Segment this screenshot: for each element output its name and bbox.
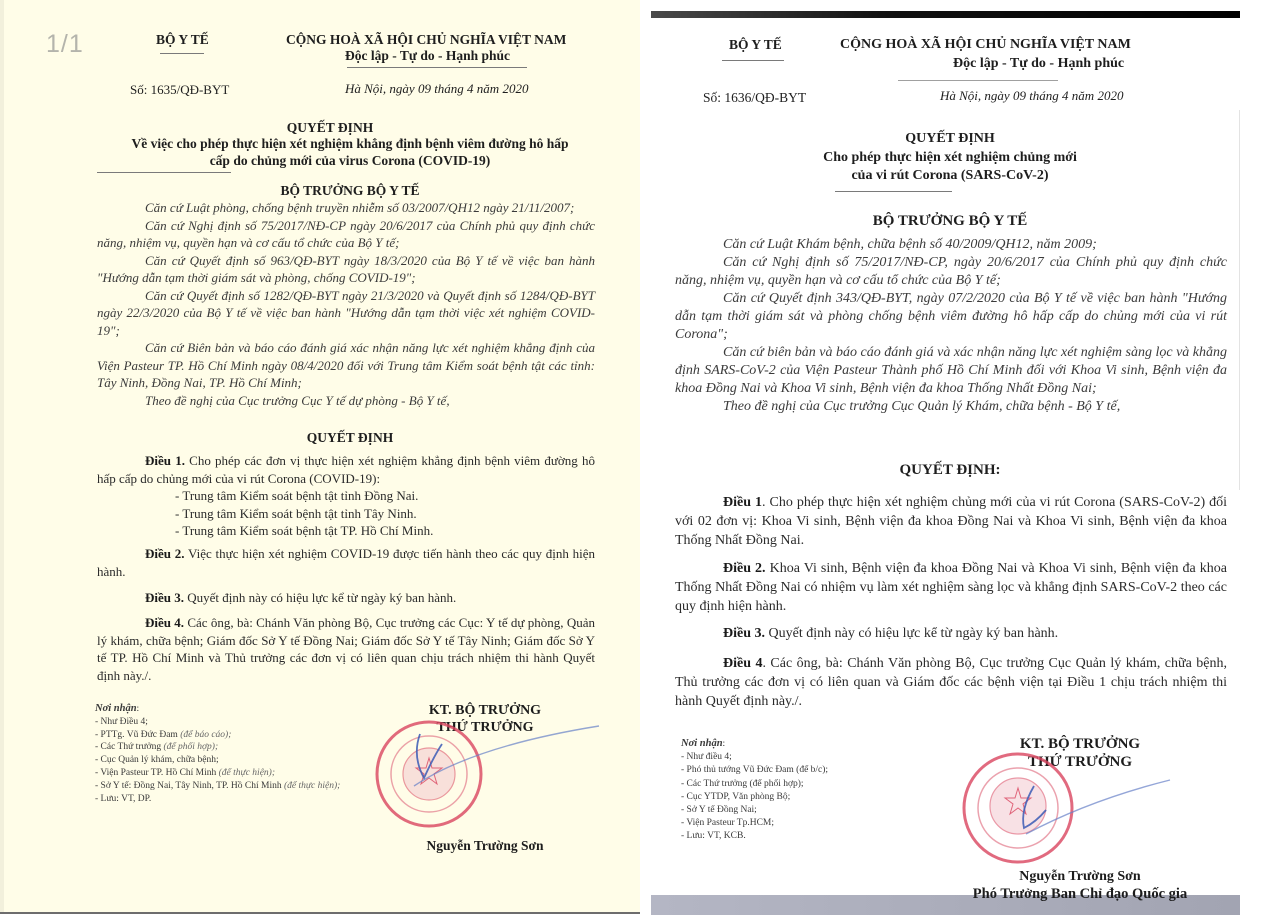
article-text: Quyết định này có hiệu lực kể từ ngày ký… bbox=[765, 626, 1058, 641]
article-label: Điều 4 bbox=[723, 656, 762, 671]
article-3: Điều 3. Quyết định này có hiệu lực kể từ… bbox=[675, 624, 1227, 643]
place-date: Hà Nội, ngày 09 tháng 4 năm 2020 bbox=[940, 88, 1123, 104]
document-type: QUYẾT ĐỊNH bbox=[680, 131, 1220, 147]
recipients-title: Nơi nhận bbox=[681, 738, 723, 749]
signer-name: Nguyễn Trường Sơn bbox=[1000, 869, 1160, 885]
article-label: Điều 3. bbox=[723, 626, 765, 641]
article-text: Quyết định này có hiệu lực kể từ ngày ký… bbox=[184, 590, 456, 605]
page-indicator: 1/1 bbox=[46, 30, 84, 59]
recipient-item: - Phó thủ tướng Vũ Đức Đam (để b/c); bbox=[681, 764, 941, 777]
recipients-list: Nơi nhận: - Như điều 4; - Phó thủ tướng … bbox=[681, 737, 941, 844]
document-number: Số: 1636/QĐ-BYT bbox=[703, 90, 806, 106]
legal-bases: Căn cứ Luật Khám bệnh, chữa bệnh số 40/2… bbox=[675, 236, 1227, 416]
article-label: Điều 4. bbox=[145, 615, 184, 630]
document-subject-line2: cấp do chủng mới của virus Corona (COVID… bbox=[90, 153, 610, 169]
recipient-item: - Sở Y tế: Đồng Nai, Tây Ninh, TP. Hồ Ch… bbox=[95, 780, 365, 793]
article-1: Điều 1. Cho phép thực hiện xét nghiệm ch… bbox=[675, 493, 1227, 550]
nation-title: CỘNG HOÀ XÃ HỘI CHỦ NGHĨA VIỆT NAM bbox=[286, 32, 566, 48]
article-label: Điều 2. bbox=[145, 546, 185, 561]
article-label: Điều 1. bbox=[145, 453, 185, 468]
subject-underline bbox=[97, 172, 231, 173]
recipient-item: - Cục Quản lý khám, chữa bệnh; bbox=[95, 754, 365, 767]
recipient-item: - Lưu: VT, DP. bbox=[95, 793, 365, 806]
decision-heading: QUYẾT ĐỊNH: bbox=[680, 462, 1220, 479]
recipient-item: - Viện Pasteur TP. Hồ Chí Minh (để thực … bbox=[95, 767, 365, 780]
agency-name: BỘ Y TẾ bbox=[729, 37, 782, 53]
document-type: QUYẾT ĐỊNH bbox=[100, 120, 560, 136]
legal-basis: Theo đề nghị của Cục trưởng Cục Y tế dự … bbox=[97, 392, 595, 410]
nation-motto: Độc lập - Tự do - Hạnh phúc bbox=[953, 56, 1124, 72]
place-date: Hà Nội, ngày 09 tháng 4 năm 2020 bbox=[345, 81, 528, 97]
agency-name: BỘ Y TẾ bbox=[156, 32, 209, 48]
unit-item: - Trung tâm Kiểm soát bệnh tật tỉnh Tây … bbox=[97, 505, 595, 523]
article-4: Điều 4. Các ông, bà: Chánh Văn phòng Bộ,… bbox=[675, 654, 1227, 711]
unit-item: - Trung tâm Kiểm soát bệnh tật TP. Hồ Ch… bbox=[97, 522, 595, 540]
recipient-item: - Như điều 4; bbox=[681, 751, 941, 764]
legal-basis: Theo đề nghị của Cục trưởng Cục Quản lý … bbox=[675, 398, 1227, 416]
recipients-title: Nơi nhận bbox=[95, 703, 137, 714]
legal-basis: Căn cứ Luật Khám bệnh, chữa bệnh số 40/2… bbox=[675, 236, 1227, 254]
decision-heading: QUYẾT ĐỊNH bbox=[90, 430, 610, 446]
article-label: Điều 1 bbox=[723, 495, 762, 510]
recipient-item: - Cục YTDP, Văn phòng Bộ; bbox=[681, 791, 941, 804]
authority-heading: BỘ TRƯỞNG BỘ Y TẾ bbox=[680, 213, 1220, 230]
document-subject-line1: Cho phép thực hiện xét nghiệm chủng mới bbox=[680, 150, 1220, 166]
legal-basis: Căn cứ Nghị định số 75/2017/NĐ-CP ngày 2… bbox=[97, 217, 595, 252]
legal-bases: Căn cứ Luật phòng, chống bệnh truyền nhi… bbox=[97, 199, 595, 409]
article-label: Điều 3. bbox=[145, 590, 184, 605]
motto-underline bbox=[898, 80, 1058, 81]
motto-underline bbox=[347, 67, 527, 68]
nation-motto: Độc lập - Tự do - Hạnh phúc bbox=[345, 48, 510, 64]
legal-basis: Căn cứ Luật phòng, chống bệnh truyền nhi… bbox=[97, 199, 595, 217]
article-2: Điều 2. Việc thực hiện xét nghiệm COVID-… bbox=[97, 545, 595, 580]
recipient-item: - Lưu: VT, KCB. bbox=[681, 830, 941, 843]
legal-basis: Căn cứ Quyết định số 1282/QĐ-BYT ngày 21… bbox=[97, 287, 595, 340]
article-1: Điều 1. Cho phép các đơn vị thực hiện xé… bbox=[97, 452, 595, 540]
agency-underline bbox=[722, 60, 784, 61]
article-3: Điều 3. Quyết định này có hiệu lực kể từ… bbox=[97, 589, 595, 607]
document-subject-line2: của vi rút Corona (SARS-CoV-2) bbox=[680, 168, 1220, 184]
recipient-item: - Các Thứ trưởng (để phối hợp); bbox=[95, 741, 365, 754]
legal-basis: Căn cứ Quyết định số 963/QĐ-BYT ngày 18/… bbox=[97, 252, 595, 287]
article-label: Điều 2. bbox=[723, 561, 766, 576]
page-top-bar bbox=[651, 11, 1240, 18]
authority-heading: BỘ TRƯỞNG BỘ Y TẾ bbox=[90, 183, 610, 199]
recipient-item: - Các Thứ trưởng (để phối hợp); bbox=[681, 778, 941, 791]
recipient-item: - Viện Pasteur Tp.HCM; bbox=[681, 817, 941, 830]
document-number: Số: 1635/QĐ-BYT bbox=[130, 82, 229, 98]
page-side-line bbox=[1239, 110, 1240, 490]
legal-basis: Căn cứ biên bản và báo cáo đánh giá và x… bbox=[675, 344, 1227, 398]
legal-basis: Căn cứ Biên bản và báo cáo đánh giá xác … bbox=[97, 339, 595, 392]
recipients-list: Nơi nhận: - Như Điều 4; - PTTg. Vũ Đức Đ… bbox=[95, 703, 365, 805]
article-2: Điều 2. Khoa Vi sinh, Bệnh viện đa khoa … bbox=[675, 559, 1227, 616]
recipient-item: - PTTg. Vũ Đức Đam (để báo cáo); bbox=[95, 729, 365, 742]
legal-basis: Căn cứ Quyết định 343/QĐ-BYT, ngày 07/2/… bbox=[675, 290, 1227, 344]
official-seal-icon bbox=[960, 750, 1180, 870]
page-bottom-rule bbox=[0, 912, 640, 914]
nation-title: CỘNG HOÀ XÃ HỘI CHỦ NGHĨA VIỆT NAM bbox=[840, 37, 1131, 53]
recipient-item: - Như Điều 4; bbox=[95, 716, 365, 729]
document-subject-line1: Về việc cho phép thực hiện xét nghiệm kh… bbox=[90, 136, 610, 152]
unit-item: - Trung tâm Kiểm soát bệnh tật tỉnh Đồng… bbox=[97, 487, 595, 505]
signer-role: Phó Trưởng Ban Chỉ đạo Quốc gia bbox=[940, 886, 1220, 903]
legal-basis: Căn cứ Nghị định số 75/2017/NĐ-CP, ngày … bbox=[675, 254, 1227, 290]
official-seal-icon bbox=[374, 716, 614, 836]
article-4: Điều 4. Các ông, bà: Chánh Văn phòng Bộ,… bbox=[97, 614, 595, 684]
recipient-item: - Sở Y tế Đồng Nai; bbox=[681, 804, 941, 817]
agency-underline bbox=[160, 53, 204, 54]
signer-name: Nguyễn Trường Sơn bbox=[410, 838, 560, 854]
subject-underline bbox=[835, 191, 952, 192]
